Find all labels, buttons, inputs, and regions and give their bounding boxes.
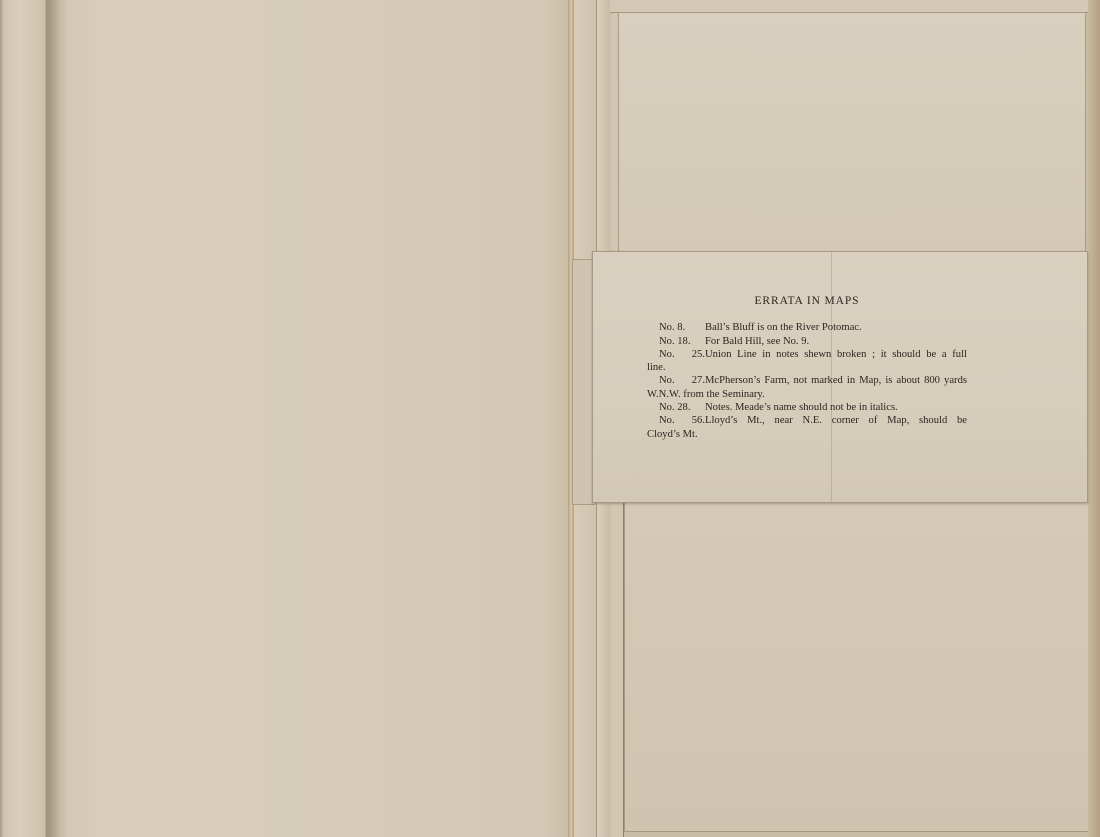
- entry-number: No. 28.: [647, 401, 705, 414]
- entry-text: Notes. Meade’s name should not be in ita…: [705, 402, 898, 413]
- entry-text: Lloyd’s Mt., near N.E. corner of Map, sh…: [705, 415, 967, 426]
- book-board-right-edge: [1088, 0, 1100, 837]
- errata-entry: No. 8.Ball’s Bluff is on the River Potom…: [647, 321, 967, 334]
- entry-text: McPherson’s Farm, not marked in Map, is …: [705, 375, 967, 386]
- errata-entry: No. 28.Notes. Meade’s name should not be…: [647, 401, 967, 414]
- folded-map-sheet-lower: [624, 500, 1094, 832]
- folded-map-sheet-upper: [618, 12, 1086, 254]
- errata-content: ERRATA IN MAPS No. 8.Ball’s Bluff is on …: [647, 295, 967, 441]
- errata-entry: No. 27.McPherson’s Farm, not marked in M…: [647, 374, 967, 387]
- entry-number: No. 8.: [647, 321, 705, 334]
- entry-continuation: Cloyd’s Mt.: [647, 428, 967, 441]
- left-page: [46, 0, 568, 837]
- entry-number: No. 56.: [647, 414, 705, 427]
- entry-number: No. 25.: [647, 348, 705, 361]
- entry-continuation: line.: [647, 361, 967, 374]
- entry-number: No. 27.: [647, 374, 705, 387]
- errata-entry: No. 56.Lloyd’s Mt., near N.E. corner of …: [647, 414, 967, 427]
- entry-text: Union Line in notes shewn broken ; it sh…: [705, 349, 967, 360]
- errata-title: ERRATA IN MAPS: [647, 295, 967, 308]
- book-board-left-edge: [0, 0, 48, 837]
- errata-slip: ERRATA IN MAPS No. 8.Ball’s Bluff is on …: [592, 251, 1088, 503]
- left-page-gutter-shadow: [46, 0, 68, 837]
- entry-continuation: W.N.W. from the Seminary.: [647, 388, 967, 401]
- errata-entry: No. 25.Union Line in notes shewn broken …: [647, 348, 967, 361]
- errata-entry: No. 18.For Bald Hill, see No. 9.: [647, 335, 967, 348]
- entry-number: No. 18.: [647, 335, 705, 348]
- entry-text: Ball’s Bluff is on the River Potomac.: [705, 322, 862, 333]
- entry-text: For Bald Hill, see No. 9.: [705, 336, 809, 347]
